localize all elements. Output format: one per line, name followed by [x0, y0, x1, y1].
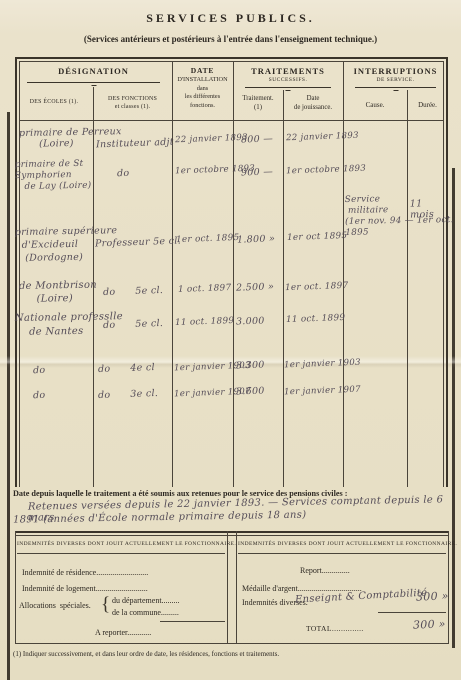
header-traitement: Traitement. (1)	[233, 95, 283, 112]
header-traitements: TRAITEMENTS	[233, 66, 343, 76]
row-traitement: 900 —	[241, 166, 274, 178]
row-jouissance: 1er oct. 1897	[285, 281, 349, 294]
row-fonction: do 4e cl	[98, 362, 155, 375]
services-table: DÉSIGNATION DATE D'INSTALLATION dans les…	[15, 57, 448, 487]
header-successifs: SUCCESSIFS.	[233, 77, 343, 83]
row-jouissance: 1er octobre 1893	[286, 164, 366, 178]
footnote: (1) Indiquer successivement, et dans leu…	[13, 650, 453, 658]
header-cause: Cause.	[343, 101, 407, 109]
row-jouissance: 22 janvier 1893	[286, 131, 359, 145]
scan-edge-left	[7, 112, 10, 680]
column-divider-designation-date	[172, 61, 173, 487]
column-divider-date-traitements	[233, 61, 234, 487]
column-divider-traitement-jouissance	[283, 90, 284, 487]
boxes-middle-divider-right	[236, 531, 237, 643]
row-traitement: 1.800 »	[237, 233, 276, 245]
table-border-top	[15, 57, 448, 59]
header-jouissance: Date de jouissance.	[283, 95, 343, 112]
row-fonction: do 5e cl.	[103, 318, 164, 331]
interruption-duree: 11 mois	[410, 197, 449, 220]
header-designation: DÉSIGNATION	[15, 66, 172, 76]
row-date: 11 oct. 1899	[175, 316, 235, 329]
allocations-brace-glyph: {	[101, 594, 110, 616]
allocations-speciales-label: Allocations spéciales.	[19, 601, 91, 611]
allocation-commune-label: de la commune.........	[112, 608, 179, 618]
report-label: Report..............	[300, 566, 350, 576]
row-fonction: do 5e cl.	[103, 285, 164, 298]
row-date: 22 janvier 1893	[175, 133, 248, 147]
brace-traitements	[245, 87, 331, 90]
left-box-left-border	[15, 531, 16, 643]
column-divider-cause-duree	[407, 90, 408, 487]
row-fonction: Instituteur adjt	[96, 137, 174, 151]
table-border-right-inner	[443, 61, 444, 487]
header-bottom-rule	[19, 120, 444, 121]
table-border-left	[15, 57, 17, 487]
a-reporter-label: A reporter............	[95, 628, 151, 638]
row-traitement: 3.300	[236, 360, 265, 372]
column-divider-traitements-interruptions	[343, 61, 344, 487]
right-box-header: INDEMNITÉS DIVERSES DONT JOUIT ACTUELLEM…	[238, 541, 446, 547]
brace-interruptions	[355, 87, 436, 90]
row-traitement: 3.000	[236, 316, 265, 328]
row-date: 1 oct. 1897	[178, 283, 232, 296]
row-traitement: 3.600	[236, 386, 265, 398]
row-jouissance: 11 oct. 1899	[286, 313, 346, 326]
page-subtitle: (Services antérieurs et postérieurs à l'…	[0, 34, 461, 44]
total-amount: 300 »	[413, 618, 446, 630]
row-ecole: do	[33, 365, 46, 376]
row-traitement: 2.500 »	[236, 281, 275, 293]
boxes-top-rule-thick	[15, 531, 449, 533]
table-border-left-inner	[19, 61, 20, 487]
row-jouissance: 1er oct 1895	[287, 231, 348, 244]
allocation-departement-label: du département.........	[112, 596, 180, 606]
boxes-top-rule-thin	[15, 535, 449, 536]
indemnites-diverses-amount: 300 »	[416, 590, 449, 602]
table-border-right	[446, 57, 448, 487]
header-des-ecoles: DES ÉCOLES (1).	[15, 99, 93, 105]
boxes-bottom-rule	[15, 643, 449, 644]
row-date: 1er oct. 1895	[176, 233, 240, 246]
indemnite-logement-label: Indemnité de logement...................…	[22, 584, 148, 594]
row-jouissance: 1er janvier 1903	[284, 358, 361, 372]
right-box-sum-rule	[378, 612, 446, 613]
page-title: SERVICES PUBLICS.	[0, 11, 461, 26]
right-box-right-border	[448, 531, 449, 643]
right-box-header-rule	[238, 553, 446, 554]
row-fonction: Professeur 5e cl.	[95, 236, 181, 250]
scanned-form-page: SERVICES PUBLICS. (Services antérieurs e…	[0, 0, 461, 680]
row-ecole: do	[33, 390, 46, 401]
total-label: TOTAL..............	[306, 624, 364, 634]
indemnite-residence-label: Indemnité de résidence..................…	[22, 568, 148, 578]
header-duree: Durée.	[407, 101, 448, 109]
header-des-fonctions: DES FONCTIONS et classes (1).	[93, 95, 172, 111]
header-interruptions: INTERRUPTIONS	[343, 66, 448, 76]
header-date-installation-rest: D'INSTALLATION dans les différentes fonc…	[172, 76, 233, 110]
boxes-middle-divider-left	[227, 531, 228, 643]
row-traitement: 800 —	[241, 133, 274, 145]
header-date-installation-title: DATE	[172, 66, 233, 75]
left-box-sum-rule	[160, 621, 225, 622]
header-de-service: DE SERVICE.	[343, 77, 448, 83]
left-box-header: INDEMNITÉS DIVERSES DONT JOUIT ACTUELLEM…	[17, 541, 225, 547]
row-jouissance: 1er janvier 1907	[284, 385, 361, 399]
scan-edge-right	[452, 168, 455, 648]
row-fonction: do 3e cl.	[98, 388, 159, 401]
row-fonction: do	[117, 168, 130, 179]
left-box-header-rule	[17, 553, 225, 554]
table-border-top-inner	[19, 61, 444, 62]
brace-designation	[27, 82, 160, 85]
